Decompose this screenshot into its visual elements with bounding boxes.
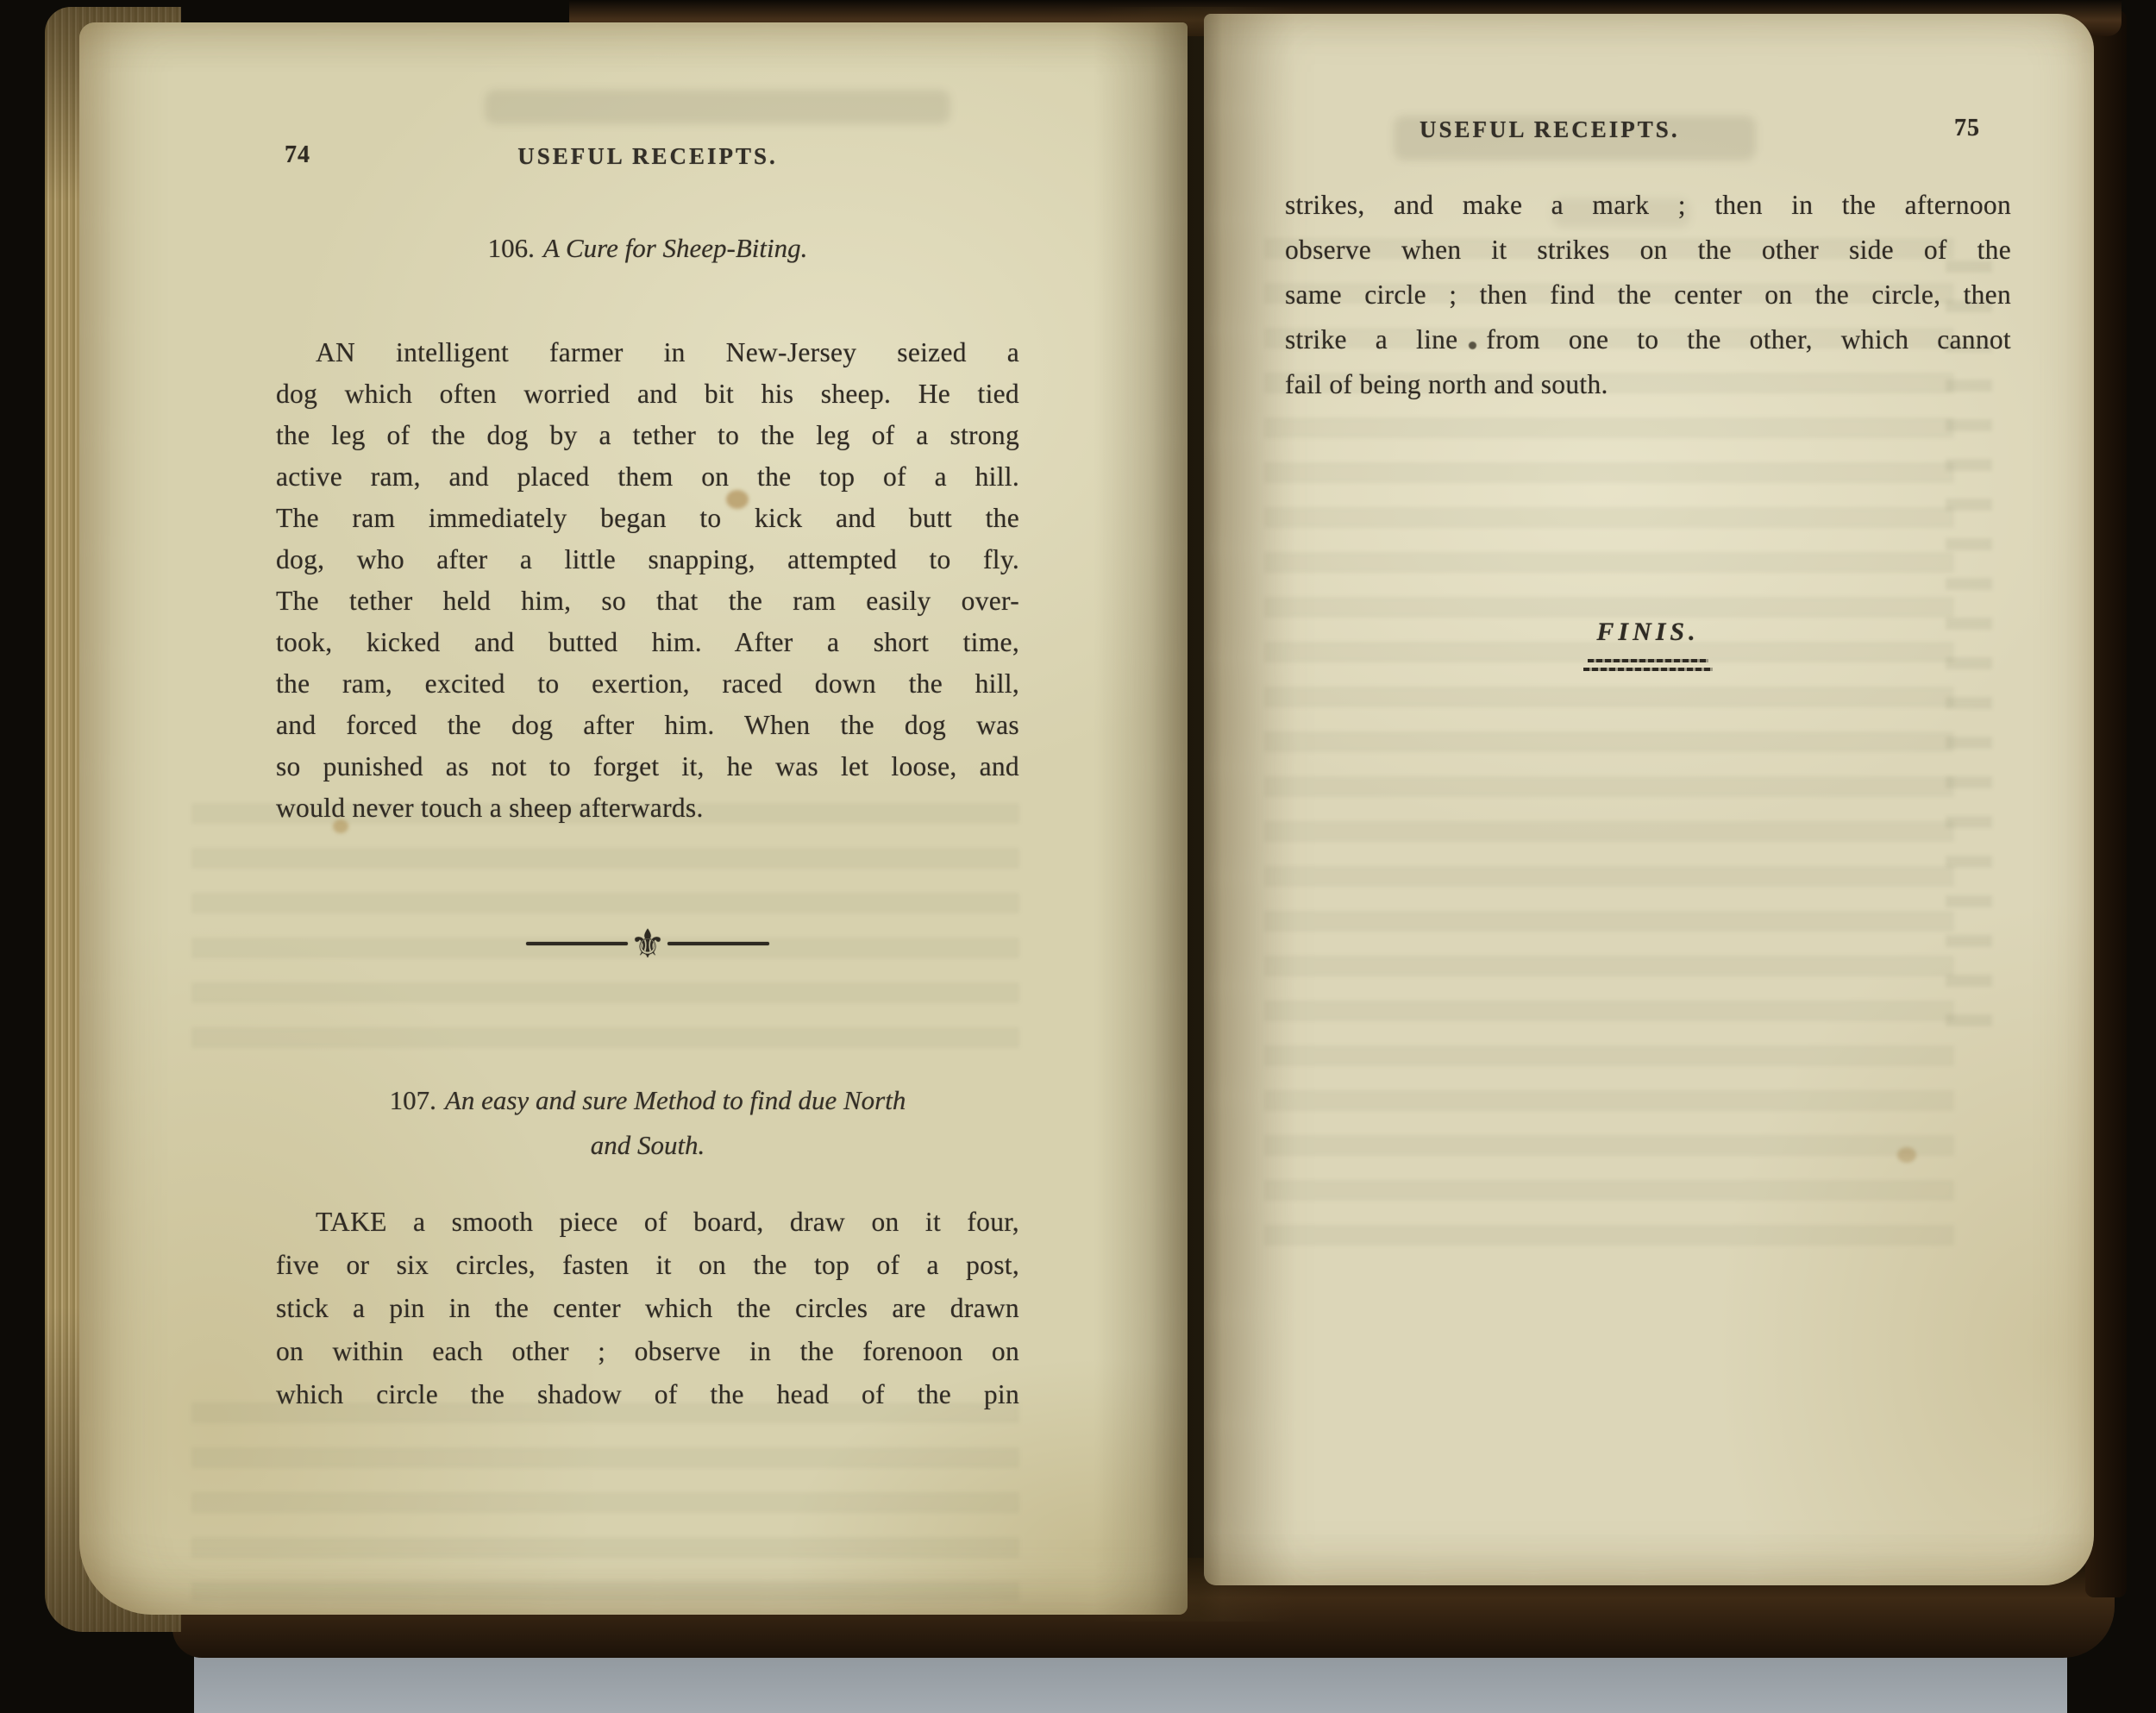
text-line: stick a pin in the center which the circ… xyxy=(276,1287,1019,1330)
finis-label: FINIS. xyxy=(1596,618,1699,646)
section-106-number: 106. xyxy=(488,233,535,263)
right-page: USEFUL RECEIPTS. 75 strikes, and make a … xyxy=(1204,14,2094,1585)
text-line: active ram, and placed them on the top o… xyxy=(276,456,1019,498)
page-number-right: 75 xyxy=(1954,115,1980,142)
bleed-through-ghost xyxy=(191,1402,1019,1601)
running-header-right: USEFUL RECEIPTS. xyxy=(1420,116,1680,143)
page-number: 75 xyxy=(1954,115,1980,141)
section-106-title: A Cure for Sheep-Biting. xyxy=(543,233,808,263)
section-107-title-line2: and South. xyxy=(591,1130,705,1160)
text-line: and forced the dog after him. When the d… xyxy=(276,705,1019,746)
text-line: The tether held him, so that the ram eas… xyxy=(276,580,1019,622)
right-page-paragraph: strikes, and make a mark ; then in the a… xyxy=(1285,183,2011,407)
running-header-left: USEFUL RECEIPTS. xyxy=(276,143,1019,170)
text-line: strike a line from one to the other, whi… xyxy=(1285,317,2011,362)
text-line: took, kicked and butted him. After a sho… xyxy=(276,622,1019,663)
section-107-number: 107. xyxy=(390,1085,436,1115)
text-line: fail of being north and south. xyxy=(1285,362,2011,407)
section-107-paragraph: TAKE a smooth piece of board, draw on it… xyxy=(276,1201,1019,1416)
text-line: dog, who after a little snapping, attemp… xyxy=(276,539,1019,580)
text-line: which circle the shadow of the head of t… xyxy=(276,1373,1019,1416)
divider-rule-left xyxy=(526,942,628,945)
text-line: would never touch a sheep afterwards. xyxy=(276,787,1019,829)
finis-block: FINIS. xyxy=(1285,618,2011,671)
text-line: on within each other ; observe in the fo… xyxy=(276,1330,1019,1373)
text-line: same circle ; then find the center on th… xyxy=(1285,273,2011,317)
bleed-through-ghost xyxy=(485,90,950,124)
text-line: observe when it strikes on the other sid… xyxy=(1285,228,2011,273)
text-line: five or six circles, fasten it on the to… xyxy=(276,1244,1019,1287)
finis-rule-top xyxy=(1588,659,1708,662)
book-scan: 74 USEFUL RECEIPTS. 106.A Cure for Sheep… xyxy=(0,0,2156,1713)
text-line: so punished as not to forget it, he was … xyxy=(276,746,1019,787)
finis-rule-bottom xyxy=(1583,668,1713,671)
section-divider: ⚜ xyxy=(276,918,1019,969)
divider-rule-right xyxy=(667,942,769,945)
text-line: The ram immediately began to kick and bu… xyxy=(276,498,1019,539)
text-line: dog which often worried and bit his shee… xyxy=(276,373,1019,415)
running-header-text: USEFUL RECEIPTS. xyxy=(1420,116,1680,142)
fleur-de-lis-icon: ⚜ xyxy=(630,924,665,963)
section-107-title-line1: An easy and sure Method to find due Nort… xyxy=(445,1085,906,1115)
text-line: strikes, and make a mark ; then in the a… xyxy=(1285,183,2011,228)
text-line: the leg of the dog by a tether to the le… xyxy=(276,415,1019,456)
section-107-heading: 107.An easy and sure Method to find due … xyxy=(276,1078,1019,1168)
text-line: TAKE a smooth piece of board, draw on it… xyxy=(276,1201,1019,1244)
section-106-heading: 106.A Cure for Sheep-Biting. xyxy=(276,233,1019,264)
text-line: the ram, excited to exertion, raced down… xyxy=(276,663,1019,705)
text-line: AN intelligent farmer in New-Jersey seiz… xyxy=(276,332,1019,373)
left-page: 74 USEFUL RECEIPTS. 106.A Cure for Sheep… xyxy=(79,22,1188,1615)
section-106-paragraph: AN intelligent farmer in New-Jersey seiz… xyxy=(276,332,1019,829)
running-header-text: USEFUL RECEIPTS. xyxy=(517,143,778,169)
